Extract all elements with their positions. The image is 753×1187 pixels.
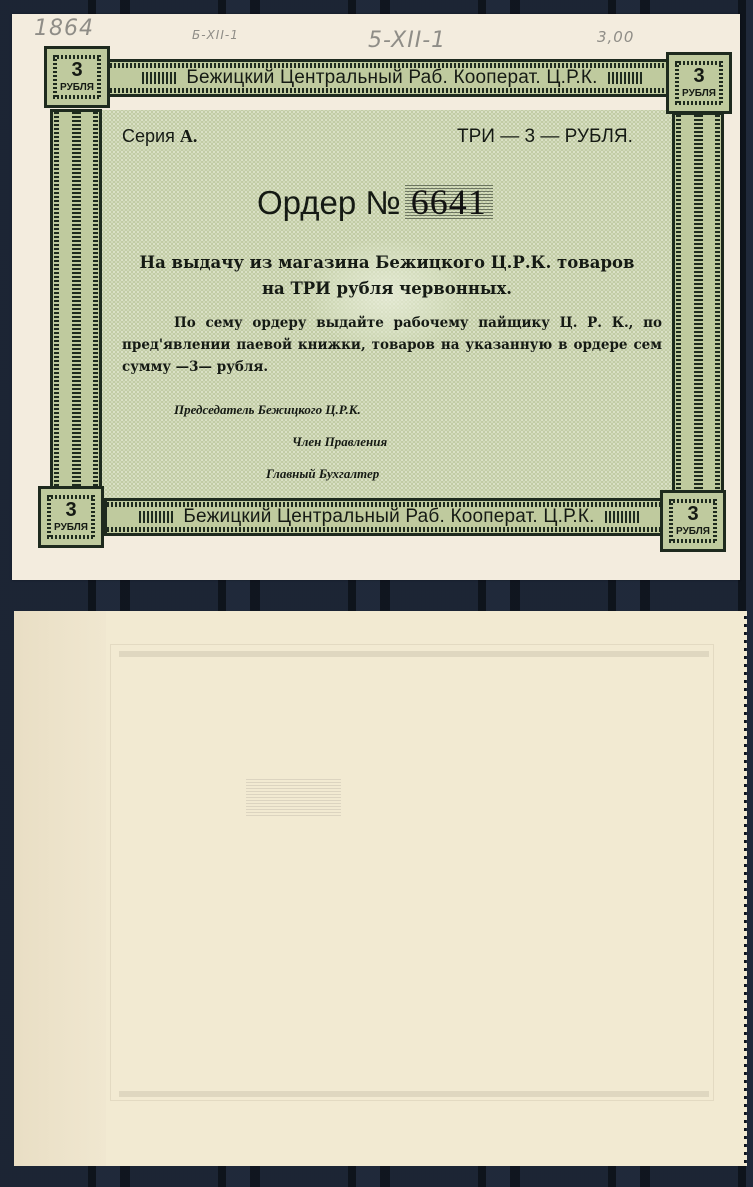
tick-ornament-right [608, 72, 642, 84]
pencil-note-small-date: Б-XII-1 [192, 28, 239, 42]
denomination-unit: РУБЛЯ [60, 82, 94, 94]
corner-denomination-top-right: 3 РУБЛЯ [666, 52, 732, 114]
signature-chief-accountant: Главный Бухгалтер [266, 466, 379, 482]
series-value: А. [180, 126, 198, 146]
right-border-bar [672, 112, 724, 494]
tick-ornament-left [139, 511, 173, 523]
denomination-value: 3 [71, 60, 82, 80]
show-through-order-number [246, 779, 341, 817]
denomination-value: 3 [65, 500, 76, 520]
note-front: 1864 Б-XII-1 5-XII-1 3,00 Бежицкий Центр… [12, 14, 740, 580]
order-label: Ордер № [257, 184, 401, 221]
note-back [14, 611, 744, 1166]
order-title: Ордер №6641 [257, 184, 493, 222]
pencil-note-date: 5-XII-1 [368, 28, 446, 53]
order-number: 6641 [405, 185, 493, 219]
footer-band: Бежицкий Центральный Раб. Кооперат. Ц.Р.… [104, 498, 674, 536]
pencil-note-price: 3,00 [597, 28, 634, 46]
show-through-frame [110, 644, 714, 1101]
corner-denomination-top-left: 3 РУБЛЯ [44, 46, 110, 108]
show-through-band-top [119, 651, 709, 657]
perforated-edge [741, 611, 747, 1166]
issue-line-2: на ТРИ рубля червонных. [102, 276, 672, 302]
body-paragraph: По сему ордеру выдайте рабочему пайщику … [122, 312, 662, 378]
tick-ornament-right [605, 511, 639, 523]
series-label: Серия А. [122, 126, 197, 147]
left-border-bar [50, 109, 102, 489]
corner-denomination-bottom-right: 3 РУБЛЯ [660, 490, 726, 552]
header-band-text: Бежицкий Центральный Раб. Кооперат. Ц.Р.… [186, 67, 597, 89]
denomination-unit: РУБЛЯ [676, 526, 710, 538]
denomination-value: 3 [687, 504, 698, 524]
issue-line-1: На выдачу из магазина Бежицкого Ц.Р.К. т… [102, 250, 672, 276]
header-band: Бежицкий Центральный Раб. Кооперат. Ц.Р.… [107, 59, 677, 97]
signature-chairman: Председатель Бежицкого Ц.Р.К. [174, 402, 361, 418]
tick-ornament-left [142, 72, 176, 84]
green-guilloche-field [100, 110, 675, 500]
denomination-unit: РУБЛЯ [54, 522, 88, 534]
pencil-note-catalog: 1864 [34, 16, 94, 41]
denomination-value: 3 [693, 66, 704, 86]
issue-statement: На выдачу из магазина Бежицкого Ц.Р.К. т… [102, 250, 672, 302]
amount-words: ТРИ — 3 — РУБЛЯ. [457, 126, 633, 148]
footer-band-text: Бежицкий Центральный Раб. Кооперат. Ц.Р.… [183, 506, 594, 528]
show-through-band-bottom [119, 1091, 709, 1097]
paper-shading [14, 611, 106, 1166]
corner-denomination-bottom-left: 3 РУБЛЯ [38, 486, 104, 548]
signature-board-member: Член Правления [292, 434, 387, 450]
denomination-unit: РУБЛЯ [682, 88, 716, 100]
